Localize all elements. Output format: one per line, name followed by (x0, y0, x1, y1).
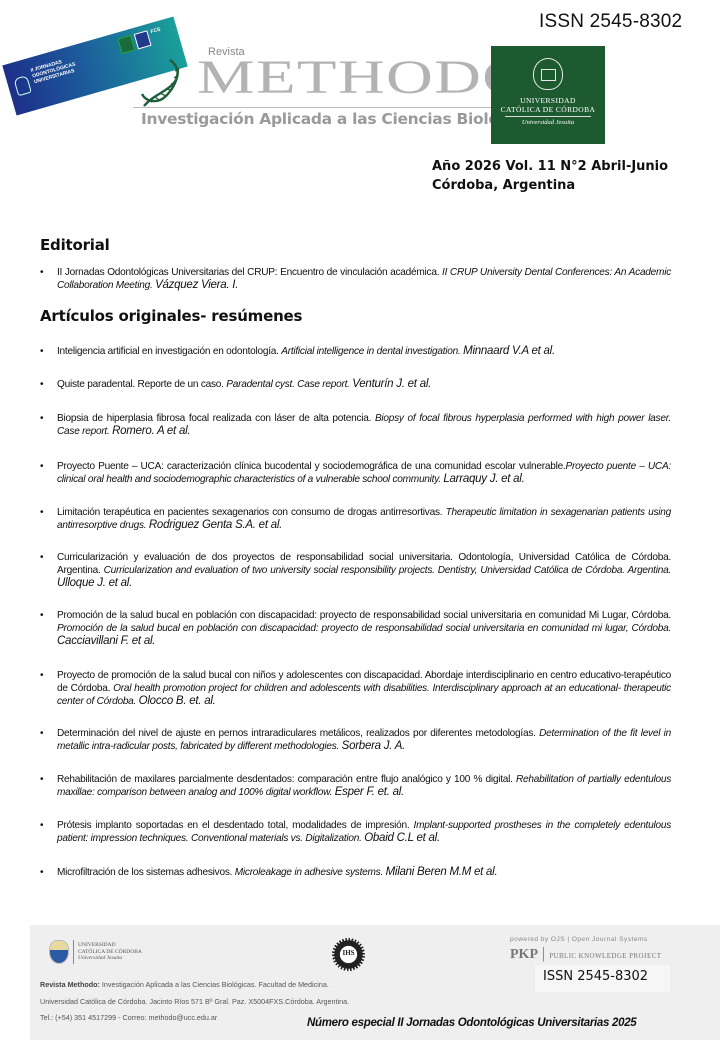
authors: Esper F. et. al. (335, 786, 404, 798)
pkp-mark: PKP (510, 947, 538, 962)
title-en: Artificial intelligence in dental invest… (281, 346, 463, 357)
title-en: Paradental cyst. Case report. (226, 379, 352, 390)
footer-ucc-line3: Universidad Jesuita (78, 955, 142, 962)
section-title-articles: Artículos originales- resúmenes (40, 307, 302, 325)
authors: Vázquez Viera. I. (155, 279, 238, 291)
authors: Cacciavillani F. et al. (57, 635, 155, 647)
list-item[interactable]: •Microfiltración de los sistemas adhesiv… (40, 866, 671, 879)
title-en: Microleakage in adhesive systems. (235, 867, 386, 878)
list-item[interactable]: •Proyecto de promoción de la salud bucal… (40, 669, 671, 708)
title-es: II Jornadas Odontológicas Universitarias… (57, 267, 442, 278)
tooth-icon (13, 75, 31, 96)
dna-helix-icon (140, 58, 180, 108)
bullet-icon: • (40, 773, 43, 786)
bullet-icon: • (40, 506, 43, 519)
pkp-logo[interactable]: PKP | PUBLIC KNOWLEDGE PROJECT (510, 945, 661, 963)
bullet-icon: • (40, 727, 43, 740)
bullet-icon: • (40, 460, 43, 473)
footer-address: Universidad Católica de Córdoba. Jacinto… (40, 997, 349, 1006)
footer: Universidad Católica de Córdoba Universi… (30, 925, 720, 1040)
bullet-icon: • (40, 266, 43, 279)
bullet-icon: • (40, 819, 43, 832)
title-en: Curricularization and evaluation of two … (104, 565, 671, 576)
university-logo-divider (505, 116, 591, 117)
title-es: Microfiltración de los sistemas adhesivo… (57, 867, 235, 878)
bullet-icon: • (40, 609, 43, 622)
university-crest-icon (533, 58, 563, 90)
list-item[interactable]: •Biopsia de hiperplasia fibrosa focal re… (40, 412, 671, 438)
issn-header: ISSN 2545-8302 (539, 11, 682, 33)
list-item[interactable]: • Determinación del nivel de ajuste en p… (40, 727, 671, 753)
journal-logo-methodo: METHODO (197, 50, 530, 105)
journal-tagline: Investigación Aplicada a las Ciencias Bi… (141, 110, 543, 128)
title-es: Promoción de la salud bucal en población… (57, 610, 671, 621)
authors: Ulloque J. et al. (57, 577, 132, 589)
bullet-icon: • (40, 345, 43, 358)
bullet-icon: • (40, 866, 43, 879)
authors: Milani Beren M.M et al. (386, 866, 498, 878)
list-item[interactable]: •Limitación terapéutica en pacientes sex… (40, 506, 671, 532)
university-name-line2: Católica de Córdoba (491, 105, 605, 114)
banner-logo-2 (134, 30, 152, 49)
list-item[interactable]: •Promoción de la salud bucal en població… (40, 609, 671, 648)
university-subtitle: Universidad Jesuita (491, 119, 605, 126)
issue-info: Año 2026 Vol. 11 N°2 Abril-Junio Córdoba… (432, 157, 668, 195)
footer-issn: ISSN 2545-8302 (543, 969, 648, 984)
special-issue-label: Número especial II Jornadas Odontológica… (307, 1017, 636, 1029)
title-es: Proyecto Puente – UCA: caracterización c… (57, 461, 565, 472)
pkp-text: PUBLIC KNOWLEDGE PROJECT (549, 952, 661, 960)
authors: Venturín J. et al. (352, 378, 431, 390)
title-en: Promoción de la salud bucal en población… (57, 623, 671, 634)
title-es: Rehabilitación de maxilares parcialmente… (57, 774, 516, 785)
list-item[interactable]: •Proyecto Puente – UCA: caracterización … (40, 460, 671, 486)
authors: Sorbera J. A. (342, 740, 405, 752)
university-logo: Universidad Católica de Córdoba Universi… (491, 46, 605, 144)
title-es: Limitación terapéutica en pacientes sexa… (57, 507, 446, 518)
title-es: Prótesis implanto soportadas en el desde… (57, 820, 414, 831)
footer-contact[interactable]: Tel.: (+54) 351 4517299 - Correo: method… (40, 1013, 217, 1022)
authors: Olocco B. et. al. (139, 695, 216, 707)
bullet-icon: • (40, 412, 43, 425)
list-item[interactable]: •Quiste paradental. Reporte de un caso. … (40, 378, 671, 391)
title-es: Biopsia de hiperplasia fibrosa focal rea… (57, 413, 375, 424)
ihs-emblem-text: IHS (332, 949, 365, 957)
section-title-editorial: Editorial (40, 236, 110, 254)
volume-line: Año 2026 Vol. 11 N°2 Abril-Junio (432, 157, 668, 176)
list-item[interactable]: •Curricularización y evaluación de dos p… (40, 551, 671, 590)
university-name-line1: Universidad (491, 96, 605, 105)
ihs-emblem-icon: IHS (332, 938, 365, 971)
banner-title: II JORNADAS ODONTOLÓGICAS UNIVERSITARIAS (30, 51, 93, 85)
list-item[interactable]: •II Jornadas Odontológicas Universitaria… (40, 266, 671, 292)
footer-logo-divider (73, 940, 74, 964)
banner-logo-1 (117, 35, 135, 54)
bullet-icon: • (40, 669, 43, 682)
footer-university-crest-icon (49, 940, 69, 964)
authors: Minnaard V.A et al. (463, 345, 555, 357)
logo-divider (133, 107, 493, 108)
authors: Larraquy J. et al. (443, 473, 524, 485)
banner-logo-fcs: FCS (150, 26, 168, 45)
footer-university-logo-text: Universidad Católica de Córdoba Universi… (78, 942, 142, 962)
title-es: Quiste paradental. Reporte de un caso. (57, 379, 226, 390)
list-item[interactable]: •Inteligencia artificial en investigació… (40, 345, 671, 358)
university-name: Universidad Católica de Córdoba (491, 96, 605, 114)
footer-journal-desc: Investigación Aplicada a las Ciencias Bi… (100, 980, 329, 989)
bullet-icon: • (40, 378, 43, 391)
title-es: Inteligencia artificial en investigación… (57, 346, 281, 357)
title-es: Determinación del nivel de ajuste en per… (57, 728, 539, 739)
bullet-icon: • (40, 551, 43, 564)
ojs-powered-by[interactable]: powered by OJS | Open Journal Systems (510, 936, 648, 943)
footer-journal-name: Revista Methodo: (40, 980, 100, 989)
authors: Rodriguez Genta S.A. et al. (149, 519, 282, 531)
authors: Obaid C.L et al. (364, 832, 440, 844)
footer-journal-line: Revista Methodo: Investigación Aplicada … (40, 980, 329, 989)
list-item[interactable]: •Rehabilitación de maxilares parcialment… (40, 773, 671, 799)
location: Córdoba, Argentina (432, 176, 668, 195)
authors: Romero. A et al. (112, 425, 190, 437)
list-item[interactable]: •Prótesis implanto soportadas en el desd… (40, 819, 671, 845)
